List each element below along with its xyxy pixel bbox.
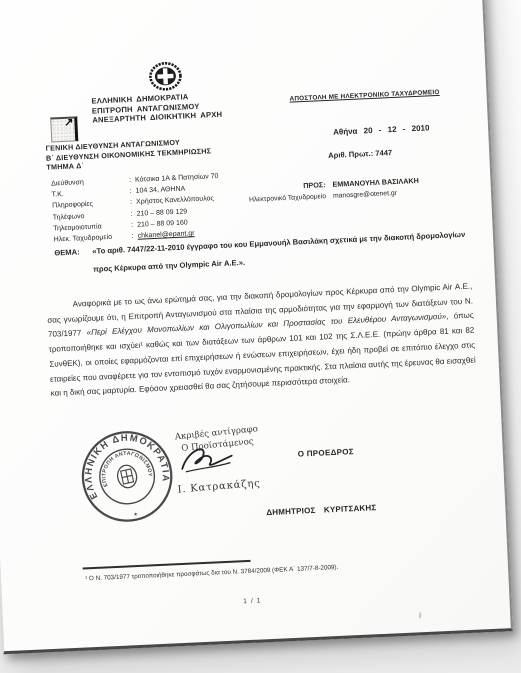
stamp-bottom-mark: *	[133, 511, 138, 520]
recipient-block: ΠΡΟΣ: ΕΜΜΑΝΟΥΗΛ ΒΑΣΙΛΑΚΗ Ηλεκτρονικό Ταχ…	[233, 175, 419, 206]
greek-coat-of-arms-icon	[148, 61, 184, 98]
delivery-method-note: ΑΠΟΣΤΟΛΗ ΜΕ ΗΛΕΚΤΡΟΝΙΚΟ ΤΑΧΥΔΡΟΜΕΙΟ	[289, 89, 439, 103]
registry-stamp-box: ↗	[50, 116, 78, 142]
scan-background: ↗ ΕΛΛΗΝΙΚΗ ΔΗΜΟΚΡΑΤΙΑ ΕΠΙΤΡΟΠΗ ΑΝΤΑΓΩΝΙΣ…	[0, 0, 521, 673]
colon: :	[126, 208, 136, 220]
scanned-letter-page: ↗ ΕΛΛΗΝΙΚΗ ΔΗΜΟΚΡΑΤΙΑ ΕΠΙΤΡΟΠΗ ΑΝΤΑΓΩΝΙΣ…	[0, 0, 513, 654]
subject-label: ΘΕΜΑ:	[54, 243, 94, 280]
svg-text:ΕΠΙΤΡΟΠΗ ΑΝΤΑΓΩΝΙΣΜΟΥ: ΕΠΙΤΡΟΠΗ ΑΝΤΑΓΩΝΙΣΜΟΥ	[96, 446, 153, 488]
stamp-inner-text: ΕΠΙΤΡΟΠΗ ΑΝΤΑΓΩΝΙΣΜΟΥ	[96, 446, 153, 488]
colon: :	[125, 186, 135, 198]
authority-header: ΕΛΛΗΝΙΚΗ ΔΗΜΟΚΡΑΤΙΑ ΕΠΙΤΡΟΠΗ ΑΝΤΑΓΩΝΙΣΜΟ…	[91, 91, 222, 126]
president-title: Ο ΠΡΟΕΔΡΟΣ	[298, 447, 355, 459]
protocol-number: Αριθ. Πρωτ.: 7447	[328, 148, 392, 160]
signer-name: Ι. Κατρακάζης	[161, 477, 278, 497]
colon: :	[125, 175, 135, 187]
contact-block: Διεύθυνση : Κότσικα 1Α & Πατησίων 70 Τ.Κ…	[51, 171, 221, 246]
stamp-arrow-icon: ↗	[64, 116, 74, 129]
handwritten-signature	[179, 442, 237, 480]
department-block: ΓΕΝΙΚΗ ΔΙΕΥΘΥΝΣΗ ΑΝΤΑΓΩΝΙΣΜΟΥ Β΄ ΔΙΕΥΘΥΝ…	[45, 136, 211, 172]
letter-body: Αναφορικά με το ως άνω ερώτημά σας, για …	[46, 280, 476, 402]
recipient-email: manosgre@otenet.gr	[333, 187, 397, 201]
page-number: 1 / 1	[182, 595, 322, 608]
president-name: ΔΗΜΗΤΡΙΟΣ ΚΥΡΙΤΣΑΚΗΣ	[266, 503, 376, 517]
colon: :	[127, 220, 137, 232]
footnote-text: ¹ Ο Ν. 703/1977 τροποποιήθηκε προσφάτως …	[85, 557, 485, 582]
colon: :	[126, 197, 136, 209]
city-date: Αθήνα 20 - 12 - 2010	[333, 123, 430, 136]
scan-artifact-speck	[419, 612, 422, 618]
